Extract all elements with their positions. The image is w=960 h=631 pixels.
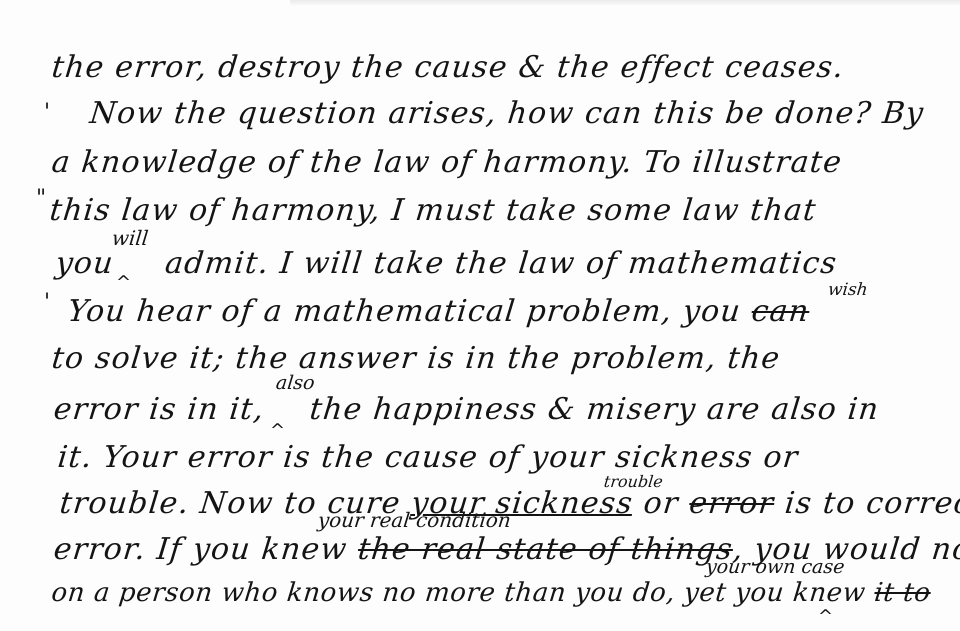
line-text-pre: You hear of a mathematical problem, you xyxy=(66,294,743,329)
line-text: it. Your error is the cause of your sick… xyxy=(56,440,800,475)
manuscript-line-2: Now the question arises, how can this be… xyxy=(88,96,926,131)
line-text-mid: or xyxy=(642,486,680,521)
line-text-post: the happiness & misery are also in xyxy=(308,392,881,427)
margin-tick-mark: ' xyxy=(44,100,50,125)
line-text: to solve it; the answer is in the proble… xyxy=(50,341,782,376)
manuscript-page: the error, destroy the cause & the effec… xyxy=(0,0,960,631)
manuscript-line-12: on a person who knows no more than you d… xyxy=(50,578,932,608)
line-text-pre: on a person who knows no more than you d… xyxy=(50,578,867,608)
manuscript-line-4: this law of harmony, I must take some la… xyxy=(48,193,818,228)
line-text: this law of harmony, I must take some la… xyxy=(48,193,818,228)
line-text-pre: error is in it, xyxy=(52,392,266,427)
insertion-your-real-condition: your real condition xyxy=(317,508,512,532)
insertion-your-own-case: your own case xyxy=(705,556,846,578)
manuscript-line-5: you admit. I will take the law of mathem… xyxy=(54,246,839,281)
margin-tick-mark: ' xyxy=(44,290,50,315)
struck-text: the real state of things xyxy=(356,532,735,567)
line-text: Now the question arises, how can this be… xyxy=(88,96,926,131)
line-text-post: admit. I will take the law of mathematic… xyxy=(163,246,839,281)
insertion-also: also xyxy=(275,372,316,394)
line-text-post: is to correct the xyxy=(783,486,960,521)
insertion-wish: wish xyxy=(827,280,869,300)
struck-text: can xyxy=(750,294,811,329)
margin-quote-mark: " xyxy=(36,186,46,211)
manuscript-line-1: the error, destroy the cause & the effec… xyxy=(50,50,846,85)
line-text: a knowledge of the law of harmony. To il… xyxy=(50,145,844,180)
manuscript-line-8: error is in it, the happiness & misery a… xyxy=(52,392,881,427)
manuscript-line-9: it. Your error is the cause of your sick… xyxy=(56,440,800,475)
line-text-pre: you xyxy=(54,246,116,281)
scan-top-edge xyxy=(290,0,960,6)
struck-text: it to xyxy=(873,578,932,608)
line-text-pre: error. If you knew xyxy=(52,532,349,567)
caret-mark: ^ xyxy=(818,606,833,627)
line-text: the error, destroy the cause & the effec… xyxy=(50,50,846,85)
manuscript-line-3: a knowledge of the law of harmony. To il… xyxy=(50,145,844,180)
struck-text: error xyxy=(688,486,777,521)
manuscript-line-6: You hear of a mathematical problem, you … xyxy=(66,294,811,329)
manuscript-line-7: to solve it; the answer is in the proble… xyxy=(50,341,782,376)
